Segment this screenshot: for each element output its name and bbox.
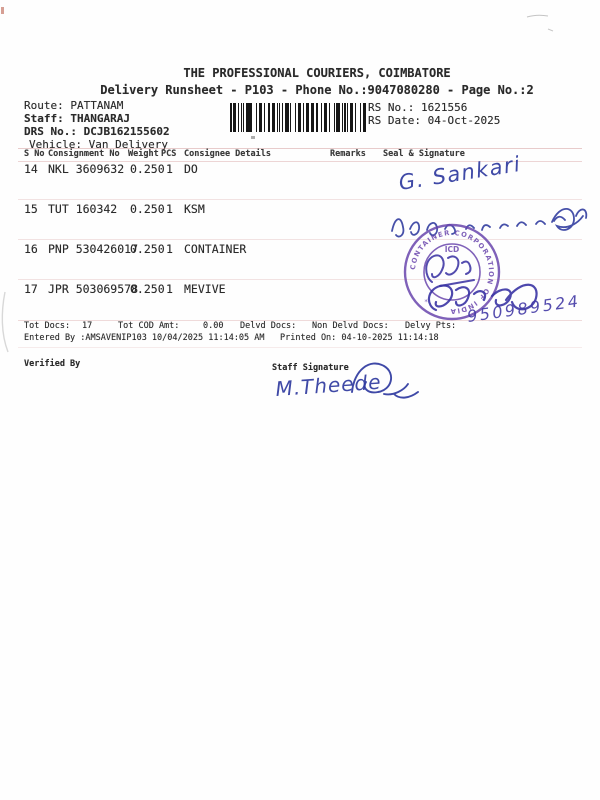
printed-on-line: Printed On: 04-10-2025 11:14:18 [280, 334, 439, 344]
pencil-mark-artifact [527, 15, 548, 17]
cell-pcs: 1 [166, 203, 173, 216]
drs-value: DCJB162155602 [84, 125, 170, 138]
staff-label: Staff: [24, 112, 64, 125]
svg-text:CONTAINER CORPORATION OF INDIA: CONTAINER CORPORATION OF INDIA [409, 229, 495, 315]
verified-by-label: Verified By [24, 360, 80, 370]
runsheet-barcode [230, 103, 368, 132]
cell-s-no: 17 [24, 283, 38, 296]
scan-edge-speck [1, 7, 4, 14]
cell-s-no: 14 [24, 163, 38, 176]
entered-by-line: Entered By :AMSAVENIP103 10/04/2025 11:1… [24, 334, 265, 344]
cell-pcs: 1 [166, 243, 173, 256]
stamp-star-mark: * [424, 298, 428, 306]
col-header-remarks: Remarks [330, 150, 366, 160]
signature-row17-ink [429, 285, 537, 310]
staff-signature-label: Staff Signature [272, 364, 349, 374]
signature-row15-scribble-ink [392, 209, 586, 237]
col-header-consignee: Consignee Details [184, 150, 271, 160]
tot-cod-value: 0.00 [203, 322, 223, 332]
stamp-inner-circle [424, 244, 480, 300]
pencil-mark-artifact [548, 29, 553, 31]
route-label: Route: [24, 99, 64, 112]
tot-docs-value: 17 [82, 322, 92, 332]
page-title: THE PROFESSIONAL COURIERS, COIMBATORE [34, 67, 600, 81]
stamp-center-text: ICD [445, 245, 460, 254]
col-header-s-no: S No [24, 150, 44, 160]
col-header-consignment: Consignment No [48, 150, 120, 160]
staff-line: Staff:THANGARAJ [24, 113, 130, 126]
rs-no-line: RS No.:1621556 [368, 102, 467, 115]
rs-date-value: 04-Oct-2025 [428, 114, 501, 127]
cell-weight: 0.250 [130, 203, 165, 216]
scanned-runsheet-page: THE PROFESSIONAL COURIERS, COIMBATORE De… [0, 0, 600, 800]
cell-consignee: CONTAINER [184, 243, 246, 256]
cell-consignment-no: PNP 530426017 [48, 243, 138, 256]
cell-s-no: 16 [24, 243, 38, 256]
scan-crease-artifact [2, 292, 8, 352]
tot-cod-label: Tot COD Amt: [118, 322, 179, 332]
page-subtitle: Delivery Runsheet - P103 - Phone No.:904… [34, 84, 600, 98]
table-rule [18, 199, 582, 200]
col-header-seal: Seal & Signature [383, 150, 465, 160]
cell-weight: 0.250 [130, 243, 165, 256]
cell-weight: 0.250 [130, 163, 165, 176]
cell-consignee: KSM [184, 203, 205, 216]
rs-no-value: 1621556 [421, 101, 467, 114]
route-value: PATTANAM [70, 99, 123, 112]
col-header-pcs: PCS [161, 150, 176, 160]
delvd-docs-label: Delvd Docs: [240, 322, 296, 332]
rs-date-line: RS Date:04-Oct-2025 [368, 115, 500, 128]
signature-on-stamp-ink [426, 255, 474, 286]
col-header-weight: Weight [128, 150, 159, 160]
staff-value: THANGARAJ [70, 112, 130, 125]
rs-no-label: RS No.: [368, 101, 414, 114]
staff-signature-text: M.Theede [275, 370, 383, 401]
barcode-ink-speck [251, 136, 255, 139]
cell-consignment-no: JPR 503069578 [48, 283, 138, 296]
cell-consignment-no: NKL 3609632 [48, 163, 124, 176]
route-line: Route:PATTANAM [24, 100, 123, 113]
cell-consignee: DO [184, 163, 198, 176]
table-rule [18, 320, 582, 321]
delvy-pts-label: Delvy Pts: [405, 322, 456, 332]
tot-docs-label: Tot Docs: [24, 322, 70, 332]
rs-date-label: RS Date: [368, 114, 421, 127]
drs-line: DRS No.:DCJB162155602 [24, 126, 170, 139]
cell-pcs: 1 [166, 163, 173, 176]
cell-consignment-no: TUT 160342 [48, 203, 117, 216]
cell-consignee: MEVIVE [184, 283, 226, 296]
table-rule [18, 279, 582, 280]
table-rule [18, 347, 582, 348]
cell-pcs: 1 [166, 283, 173, 296]
cell-weight: 0.250 [130, 283, 165, 296]
table-rule [18, 239, 582, 240]
cell-s-no: 15 [24, 203, 38, 216]
stamp-arc-text: CONTAINER CORPORATION OF INDIA [409, 229, 495, 315]
drs-label: DRS No.: [24, 125, 77, 138]
non-delvd-docs-label: Non Delvd Docs: [312, 322, 389, 332]
